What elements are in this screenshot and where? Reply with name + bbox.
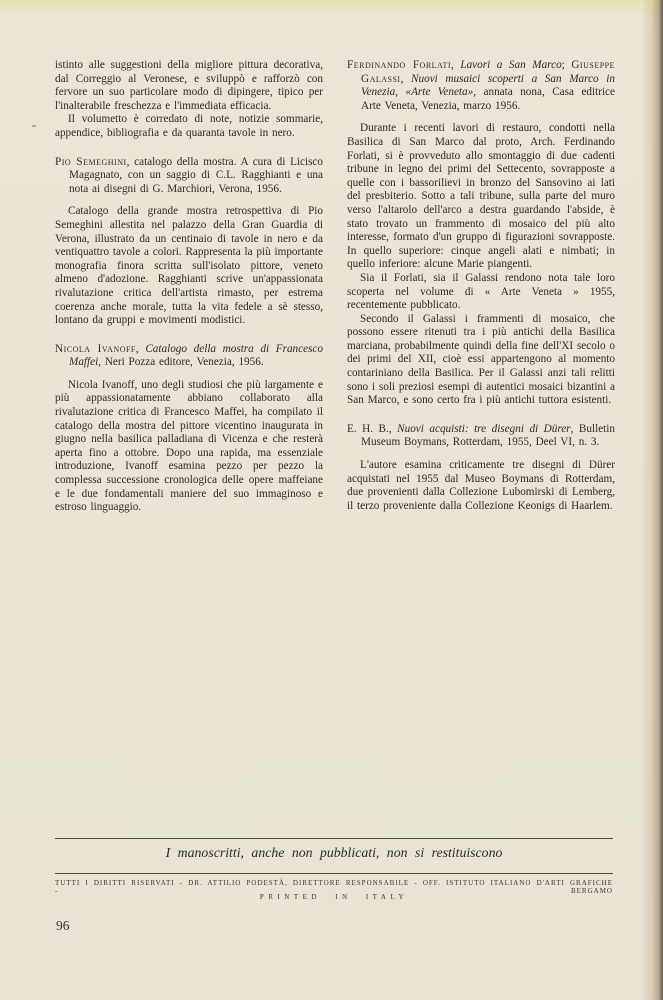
body-paragraph: Durante i recenti lavori di restauro, co… — [347, 122, 615, 272]
text-run: Nicola Ivanoff, uno degli studiosi che p… — [55, 379, 323, 513]
manuscripts-notice: I manoscritti, anche non pubblicati, non… — [55, 845, 613, 861]
text-run: Sia il Forlati, sia il Galassi rendono n… — [347, 272, 615, 311]
text-run: L'autore esamina criticamente tre disegn… — [347, 459, 615, 512]
text-run: Secondo il Galassi i frammenti di mosaic… — [347, 313, 615, 407]
body-paragraph: istinto alle suggestioni della migliore … — [55, 59, 323, 113]
body-paragraph: Catalogo della grande mostra retrospetti… — [55, 205, 323, 327]
text-run: Il volumetto è corredato di note, notizi… — [55, 113, 323, 139]
text-run: ; — [562, 59, 572, 71]
author-name: Pio Semeghini — [55, 156, 127, 168]
text-run: istinto alle suggestioni della migliore … — [55, 59, 323, 112]
text-run: , — [395, 86, 405, 98]
work-title: Nuovi acquisti: tre disegni di Dürer — [397, 423, 570, 435]
bibliography-entry-heading: E. H. B., Nuovi acquisti: tre disegni di… — [347, 423, 615, 450]
author-name: Ferdinando Forlati — [347, 59, 451, 71]
text-run: , — [136, 343, 145, 355]
left-text-column: istinto alle suggestioni della migliore … — [55, 59, 323, 515]
right-text-column: Ferdinando Forlati, Lavori a San Marco; … — [347, 59, 615, 513]
text-run: , — [451, 59, 460, 71]
text-run: , — [401, 73, 411, 85]
text-run: Durante i recenti lavori di restauro, co… — [347, 122, 615, 270]
work-title: Lavori a San Marco — [460, 59, 561, 71]
bibliography-entry-heading: Pio Semeghini, catalogo della mostra. A … — [55, 156, 323, 197]
author-name: Nicola Ivanoff — [55, 343, 136, 355]
body-paragraph: Sia il Forlati, sia il Galassi rendono n… — [347, 272, 615, 313]
scanned-journal-page: istinto alle suggestioni della migliore … — [0, 0, 663, 1000]
body-paragraph: Nicola Ivanoff, uno degli studiosi che p… — [55, 379, 323, 515]
text-run: , Neri Pozza editore, Venezia, 1956. — [98, 356, 263, 368]
page-number: 96 — [56, 918, 70, 934]
text-run: Catalogo della grande mostra retrospetti… — [55, 205, 323, 326]
printed-in-italy-line: PRINTED IN ITALY — [55, 893, 613, 901]
bibliography-entry-heading: Ferdinando Forlati, Lavori a San Marco; … — [347, 59, 615, 113]
scan-top-edge-tint — [0, 0, 663, 16]
body-paragraph: Il volumetto è corredato di note, notizi… — [55, 113, 323, 140]
bibliography-entry-heading: Nicola Ivanoff, Catalogo della mostra di… — [55, 343, 323, 370]
scan-speck — [32, 125, 36, 127]
footer-top-rule — [55, 838, 613, 839]
work-title: «Arte Veneta» — [405, 86, 473, 98]
footer-middle-rule — [55, 873, 613, 874]
scan-right-edge-shadow — [641, 0, 663, 1000]
text-run: E. H. B., — [347, 423, 397, 435]
body-paragraph: L'autore esamina criticamente tre disegn… — [347, 459, 615, 513]
body-paragraph: Secondo il Galassi i frammenti di mosaic… — [347, 313, 615, 408]
